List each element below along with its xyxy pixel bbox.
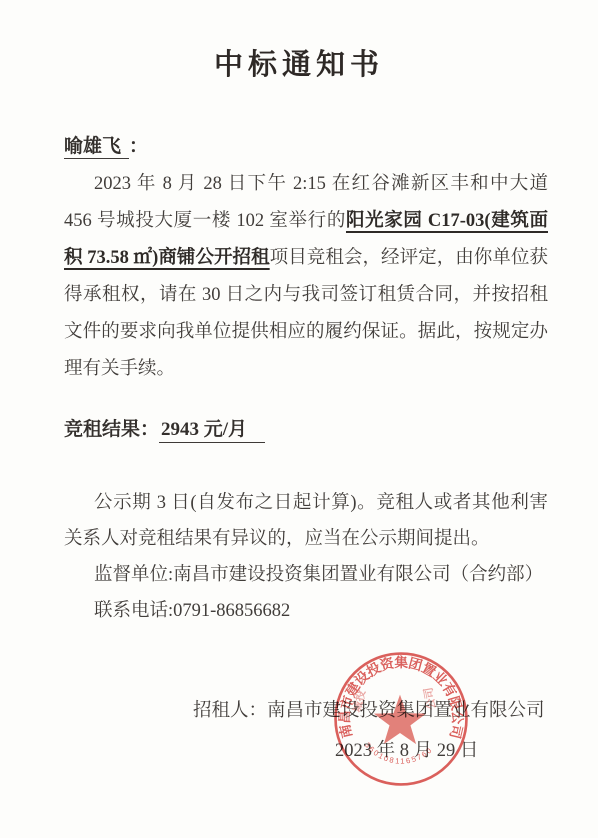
- addressee-line: 喻雄飞：: [64, 131, 598, 158]
- page-title: 中标通知书: [0, 0, 598, 83]
- supervisor-line: 监督单位:南昌市建设投资集团置业有限公司（合约部）: [94, 557, 548, 593]
- addressee-name: 喻雄飞: [64, 136, 129, 159]
- main-paragraph: 2023 年 8 月 28 日下午 2:15 在红谷滩新区丰和中大道 456 号…: [64, 166, 548, 388]
- bid-result-line: 竞租结果：2943 元/月: [64, 414, 598, 441]
- seal-serial-number: 3601081165760: [363, 741, 435, 766]
- bid-result-label: 竞租结果：: [64, 419, 159, 440]
- phone-line: 联系电话:0791-86856682: [94, 593, 548, 629]
- bid-result-value: 2943 元/月: [159, 419, 265, 443]
- svg-text:3601081165760: 3601081165760: [363, 741, 435, 766]
- company-seal: 南昌市建设投资集团置业有限公司 3601081165760 城投 公司: [332, 650, 470, 788]
- seal-star-icon: [374, 695, 426, 745]
- publicity-paragraph: 公示期 3 日(自发布之日起计算)。竞租人或者其他利害关系人对竞租结果有异议的，…: [64, 485, 548, 557]
- addressee-colon: ：: [129, 136, 148, 157]
- body-content: 2023 年 8 月 28 日下午 2:15 在红谷滩新区丰和中大道 456 号…: [0, 166, 598, 388]
- signature-block: 招租人：南昌市建设投资集团置业有限公司 2023 年 8 月 29 日: [0, 696, 598, 766]
- secondary-content: 公示期 3 日(自发布之日起计算)。竞租人或者其他利害关系人对竞租结果有异议的，…: [0, 485, 598, 629]
- seal-ghost-text-right: 公司: [421, 686, 439, 710]
- notice-document-page: 中标通知书 喻雄飞： 2023 年 8 月 28 日下午 2:15 在红谷滩新区…: [0, 0, 598, 838]
